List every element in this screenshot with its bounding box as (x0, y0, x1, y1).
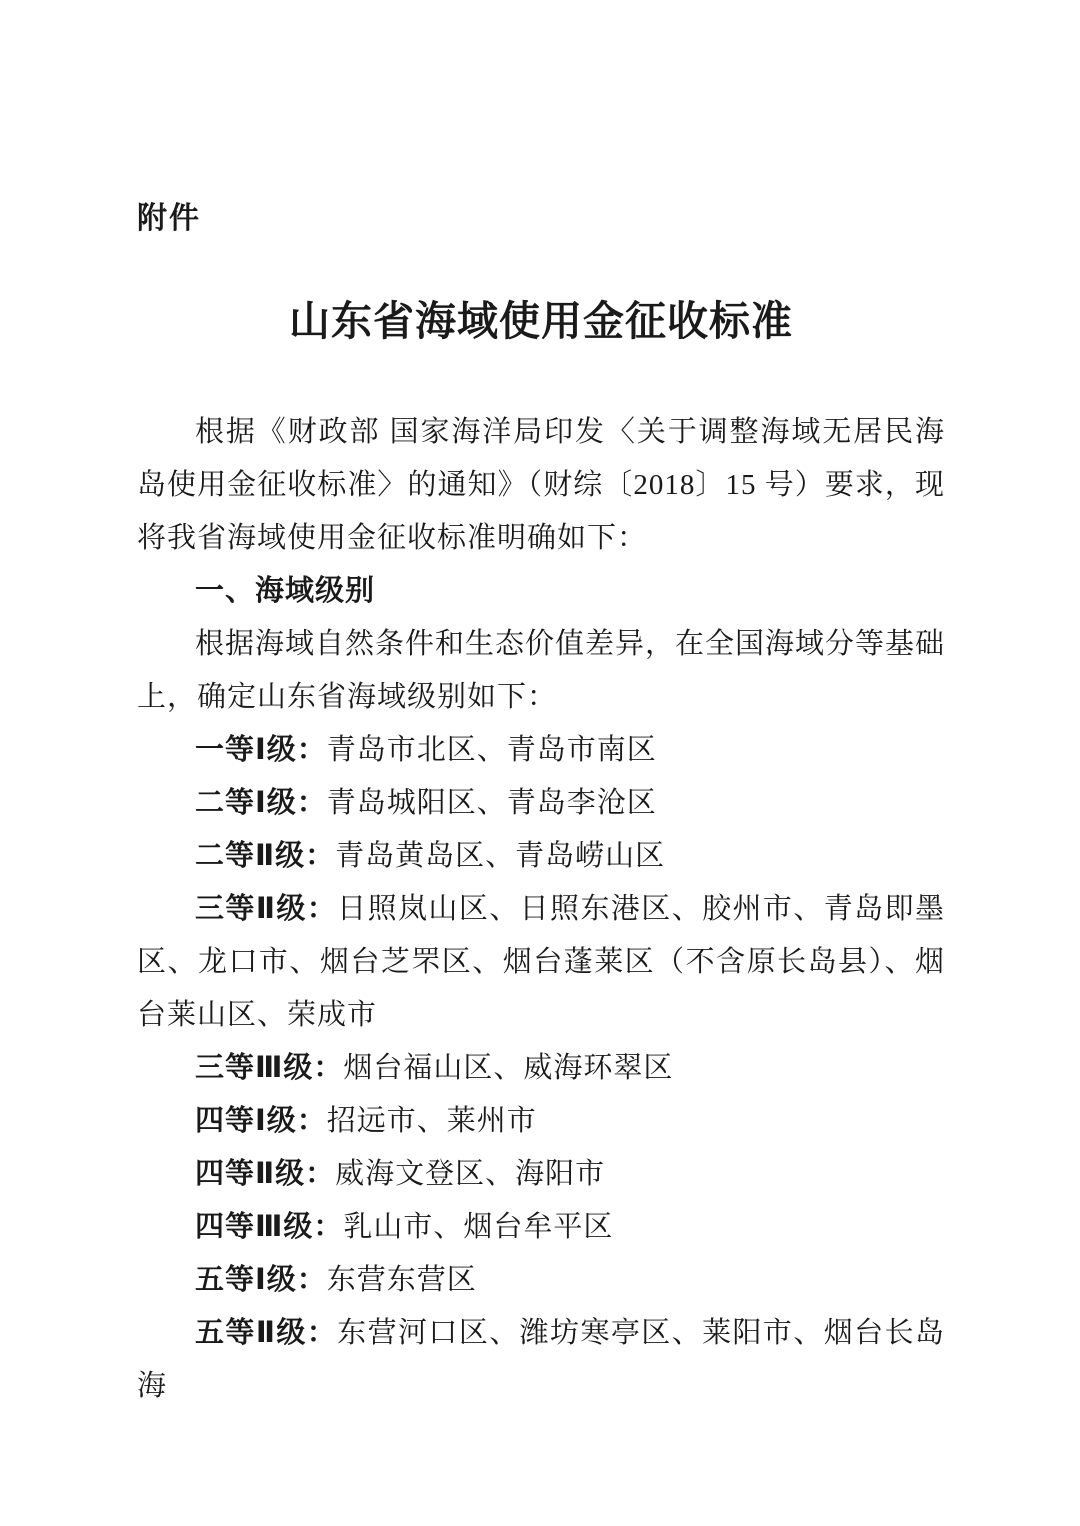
level-label: 二等Ⅱ级： (195, 840, 335, 872)
level-item: 二等Ⅰ级：青岛城阳区、青岛李沧区 (137, 777, 945, 830)
level-item: 五等Ⅱ级：东营河口区、潍坊寒亭区、莱阳市、烟台长岛海 (137, 1307, 945, 1413)
attachment-label: 附件 (137, 202, 945, 236)
level-item: 四等Ⅱ级：威海文登区、海阳市 (137, 1148, 945, 1201)
level-areas: 烟台福山区、威海环翠区 (343, 1052, 673, 1084)
level-item: 一等Ⅰ级：青岛市北区、青岛市南区 (137, 724, 945, 777)
level-item: 四等Ⅰ级：招远市、莱州市 (137, 1095, 945, 1148)
level-item: 五等Ⅰ级：东营东营区 (137, 1254, 945, 1307)
level-areas: 威海文登区、海阳市 (335, 1158, 605, 1190)
level-areas: 青岛黄岛区、青岛崂山区 (335, 840, 665, 872)
level-item: 三等Ⅱ级：日照岚山区、日照东港区、胶州市、青岛即墨区、龙口市、烟台芝罘区、烟台蓬… (137, 883, 945, 1042)
level-areas: 青岛市北区、青岛市南区 (327, 734, 657, 766)
level-label: 四等Ⅱ级： (195, 1158, 335, 1190)
level-label: 四等Ⅰ级： (195, 1105, 327, 1137)
document-body: 根据《财政部 国家海洋局印发〈关于调整海域无居民海岛使用金征收标准〉的通知》（财… (137, 406, 945, 1413)
level-areas: 乳山市、烟台牟平区 (343, 1211, 613, 1243)
level-item: 三等Ⅲ级：烟台福山区、威海环翠区 (137, 1042, 945, 1095)
intro-paragraph: 根据《财政部 国家海洋局印发〈关于调整海域无居民海岛使用金征收标准〉的通知》（财… (137, 406, 945, 565)
document-title: 山东省海域使用金征收标准 (137, 296, 945, 346)
level-label: 五等Ⅰ级： (195, 1264, 327, 1296)
level-label: 五等Ⅱ级： (195, 1317, 337, 1349)
level-areas: 东营东营区 (327, 1264, 477, 1296)
level-areas: 招远市、莱州市 (327, 1105, 537, 1137)
section-heading: 一、海域级别 (137, 565, 945, 618)
level-label: 一等Ⅰ级： (195, 734, 327, 766)
level-label: 三等Ⅱ级： (195, 893, 337, 925)
document-page: 附件 山东省海域使用金征收标准 根据《财政部 国家海洋局印发〈关于调整海域无居民… (0, 0, 1080, 1526)
section-intro-paragraph: 根据海域自然条件和生态价值差异，在全国海域分等基础上，确定山东省海域级别如下： (137, 618, 945, 724)
level-item: 二等Ⅱ级：青岛黄岛区、青岛崂山区 (137, 830, 945, 883)
level-areas: 青岛城阳区、青岛李沧区 (327, 787, 657, 819)
level-label: 二等Ⅰ级： (195, 787, 327, 819)
level-label: 三等Ⅲ级： (195, 1052, 343, 1084)
level-item: 四等Ⅲ级：乳山市、烟台牟平区 (137, 1201, 945, 1254)
level-label: 四等Ⅲ级： (195, 1211, 343, 1243)
